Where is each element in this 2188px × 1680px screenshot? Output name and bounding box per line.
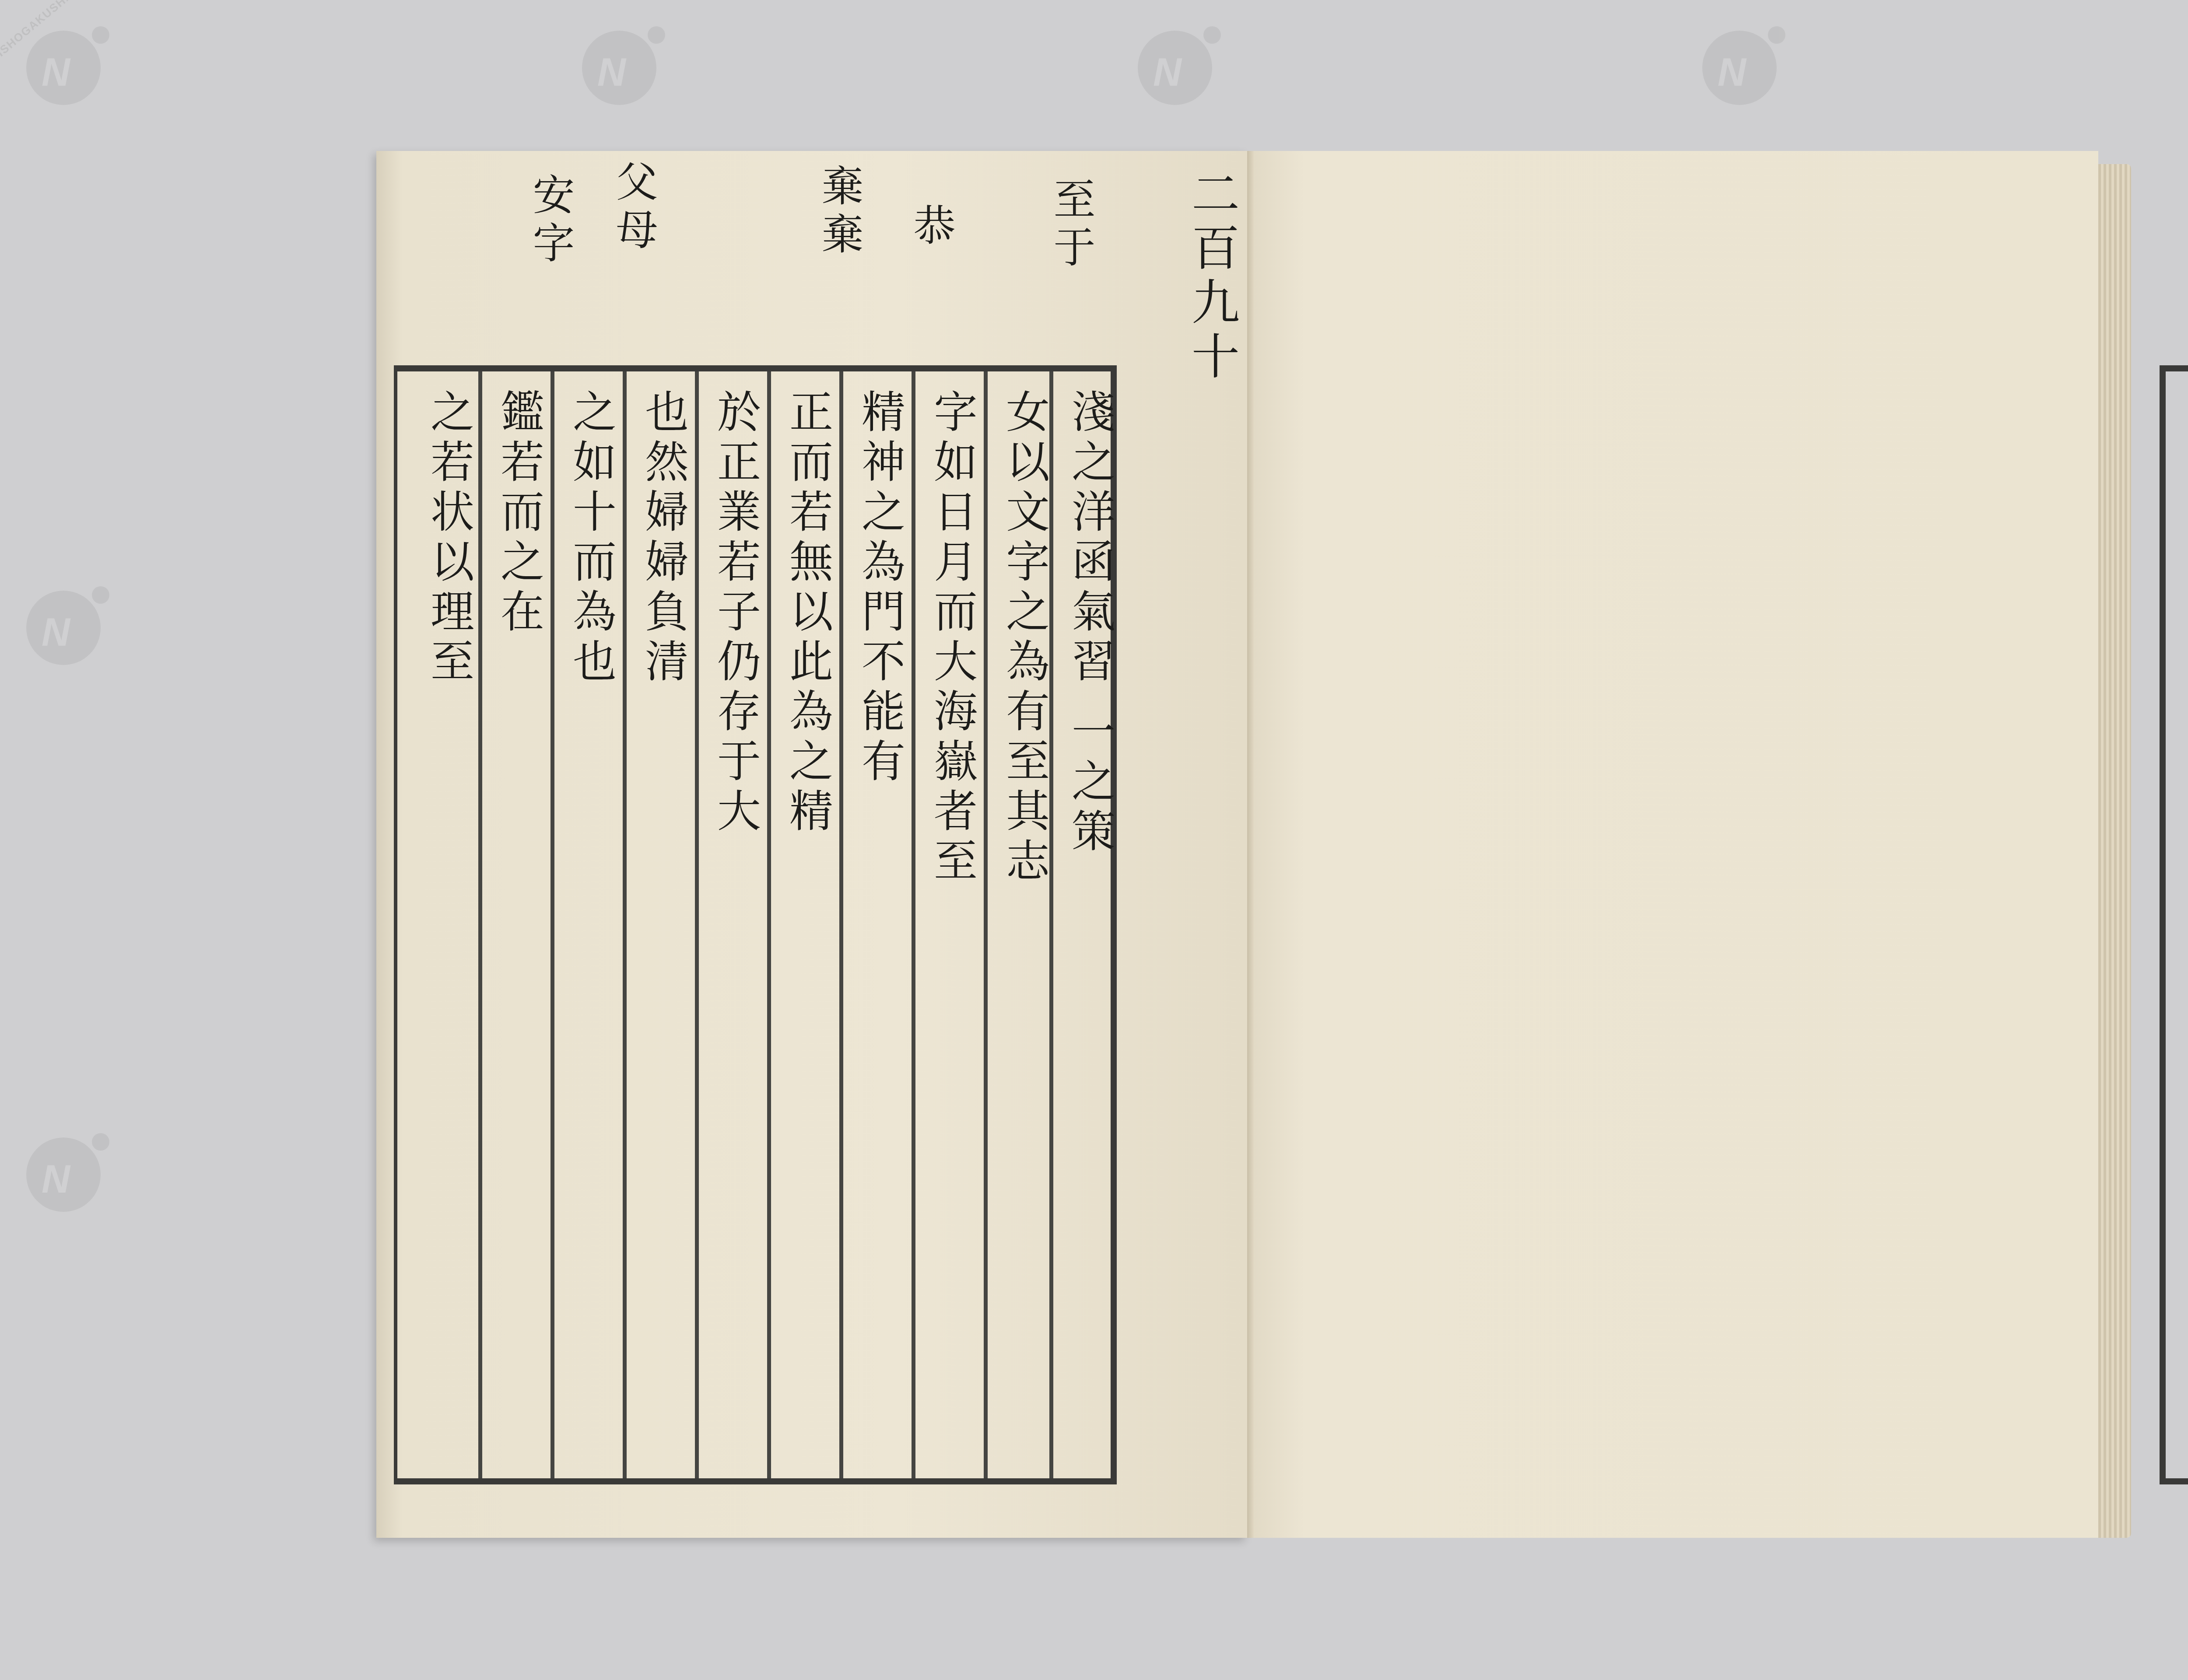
watermark-glyph: N <box>597 50 626 95</box>
margin-annotation: 二百九十 <box>1177 168 1246 385</box>
text-column: 女以文字之為有至其志 <box>992 389 1055 888</box>
text-column: 正而若無以此為之精 <box>776 389 839 838</box>
page-stack-edge <box>2098 164 2131 1538</box>
text-column: 之如十而為也 <box>559 389 622 688</box>
text-column: 字如日月而大海嶽者至 <box>920 389 983 888</box>
watermark-logo: N <box>565 9 670 114</box>
watermark-logo: N <box>9 1116 114 1221</box>
watermark-logo: N <box>1685 9 1790 114</box>
book-gutter <box>1247 151 1254 1538</box>
watermark-glyph: N <box>1153 50 1182 95</box>
watermark-glyph: N <box>42 50 70 95</box>
open-book: 二百九十 至于 恭 棄棄 父母 安字 淺之洋函氣習 一之策 女以文字之為有至其志… <box>376 151 2131 1555</box>
watermark-glyph: N <box>1718 50 1746 95</box>
margin-annotation: 父母 <box>604 160 664 256</box>
text-column: 精神之為門不能有 <box>848 389 911 788</box>
watermark-logo: N <box>1120 9 1225 114</box>
margin-annotation: 棄棄 <box>810 164 870 260</box>
text-frame: 淺之洋函氣習 一之策 女以文字之為有至其志 字如日月而大海嶽者至 精神之為門不能… <box>394 365 1117 1484</box>
watermark-glyph: N <box>42 1157 70 1202</box>
margin-annotation: 恭 <box>901 203 961 252</box>
watermark-logo: N <box>9 569 114 674</box>
watermark-logo: N NISHOGAKUSHA <box>9 9 114 114</box>
right-page: （背面透写） <box>1254 151 2098 1538</box>
margin-annotation: 安字 <box>521 173 581 269</box>
text-column: 鑑若而之在 <box>487 389 550 638</box>
ruled-frame: （背面透写） <box>2160 365 2188 1484</box>
margin-annotation: 至于 <box>1041 177 1101 273</box>
left-page: 二百九十 至于 恭 棄棄 父母 安字 淺之洋函氣習 一之策 女以文字之為有至其志… <box>376 151 1247 1538</box>
text-column: 淺之洋函氣習 一之策 <box>1058 389 1121 858</box>
text-column: 也然婦婦負清 <box>631 389 694 688</box>
text-column: 於正業若子仍存于大 <box>704 389 767 838</box>
watermark-glyph: N <box>42 610 70 655</box>
text-column: 之若状以理至 <box>417 389 480 688</box>
